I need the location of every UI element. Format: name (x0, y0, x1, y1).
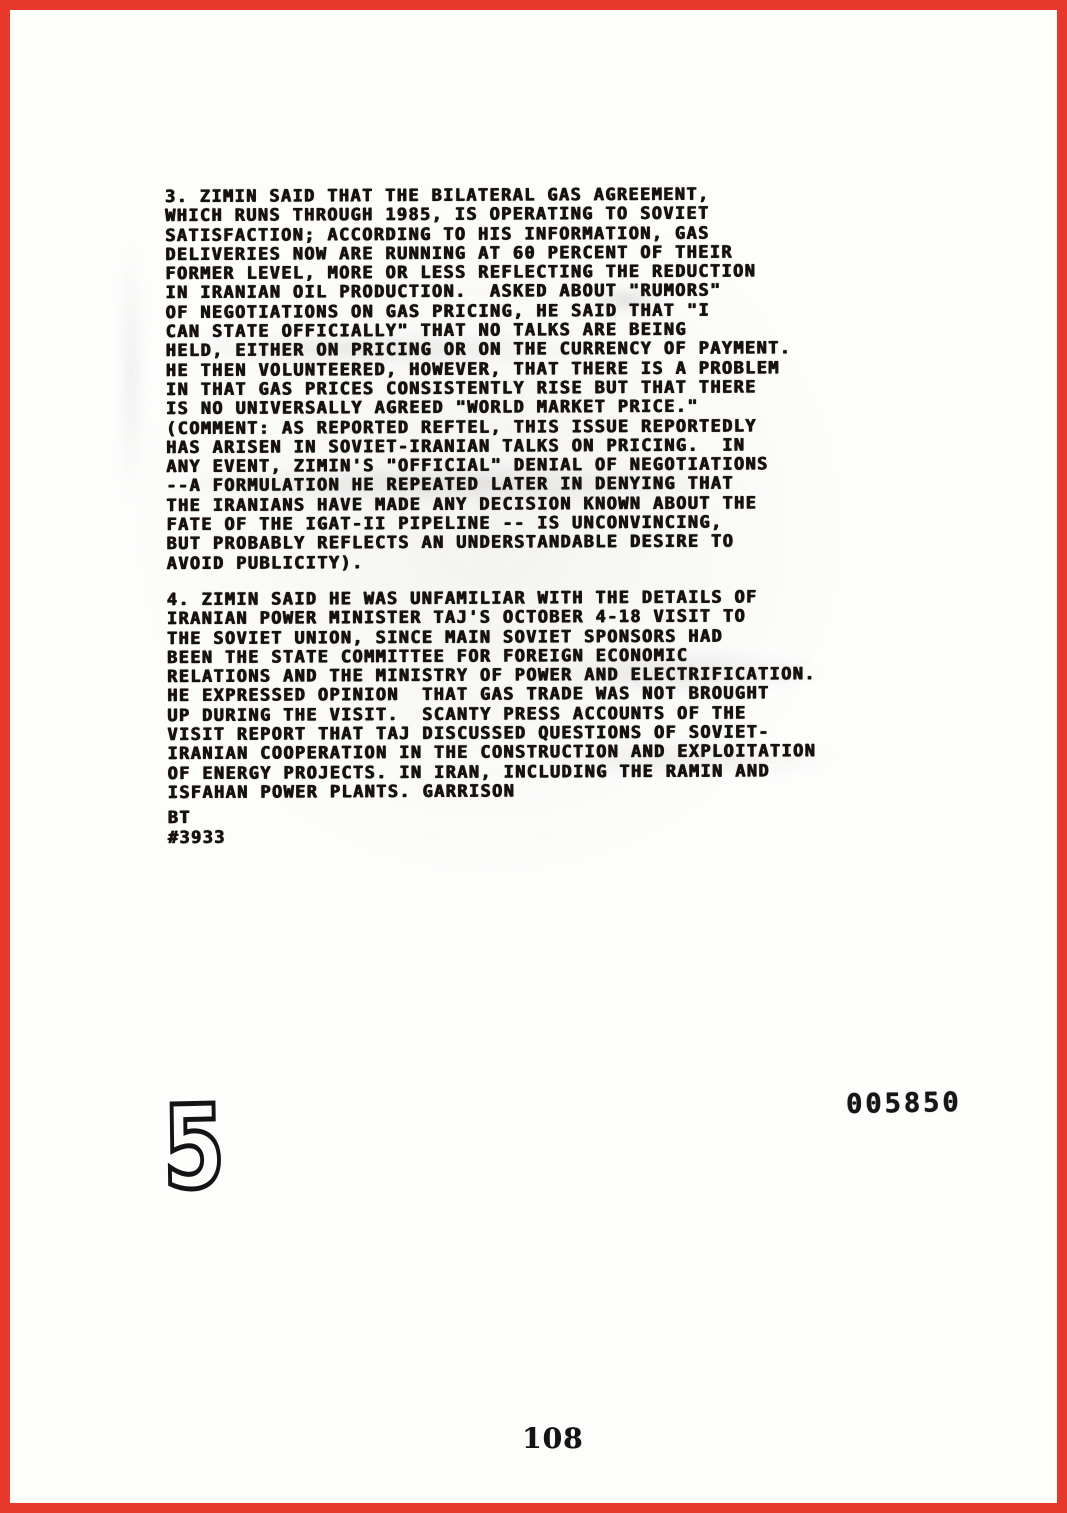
telegram-paragraph-3: 3. ZIMIN SAID THAT THE BILATERAL GAS AGR… (165, 185, 867, 574)
scanned-document-page: 3. ZIMIN SAID THAT THE BILATERAL GAS AGR… (0, 0, 1067, 1513)
scan-artifact (116, 238, 146, 508)
printed-page-number: 108 (522, 1424, 583, 1454)
serial-number-stamp: 005850 (846, 1089, 962, 1118)
telegram-message-number: #3933 (168, 825, 868, 847)
telegram-text-block: 3. ZIMIN SAID THAT THE BILATERAL GAS AGR… (165, 185, 868, 848)
page-number-stamp: 5 (162, 1091, 226, 1207)
telegram-paragraph-4: 4. ZIMIN SAID HE WAS UNFAMILIAR WITH THE… (167, 588, 868, 803)
